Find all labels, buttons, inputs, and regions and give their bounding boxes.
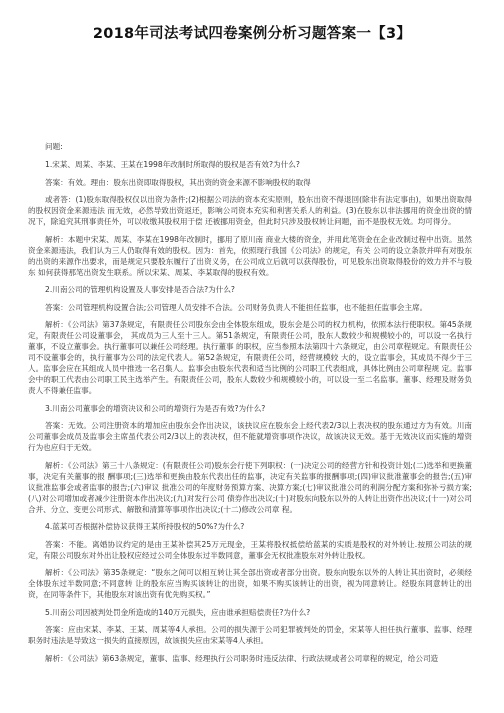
analysis-5: 解析：《公司法》第63条规定，董事、监事、经理执行公司职务时违反法律、行政法规或… xyxy=(28,653,472,664)
answer-4: 答案：不能。离婚协议约定的是由王某补偿其25万元现金，王某将股权抵偿给蓝某的实质… xyxy=(28,539,472,561)
answer-1-alternative: 或者答：(1)股东取得股权仅以出资为条件;(2)根据公司法的资本充实原则，股东出… xyxy=(28,194,472,227)
answer-1: 答案：有效。理由：股东出资即取得股权，其出资的资金来源不影响股权的取得 xyxy=(28,177,472,188)
analysis-2: 解析：《公司法》第37条规定，有限责任公司股东会由全体股东组成，股东会是公司的权… xyxy=(28,319,472,396)
questions-label: 问题: xyxy=(28,141,472,152)
question-3: 3.川南公司董事会的增资决议和公司的增资行为是否有效?为什么? xyxy=(28,403,472,414)
document-title: 2018年司法考试四卷案例分析习题答案一【3】 xyxy=(0,22,504,43)
analysis-3: 解析：《公司法》第三十八条规定：(有限责任公司)股东会行使下列职权：(一)决定公… xyxy=(28,460,472,515)
document-body: 问题: 1.宋某、周某、李某、王某在1998年改制时所取得的股权是否有效?为什么… xyxy=(28,141,472,670)
answer-3: 答案：无效。公司注册资本的增加应由股东会作出决议，该抉议应在股东会上经代表2/3… xyxy=(28,420,472,453)
question-4: 4.蓝某可否根据补偿协议获得王某所持股权的50%?为什么? xyxy=(28,521,472,532)
question-5: 5.川南公司因被判处罚金所造成的140万元损失，应由谁承担赔偿责任?为什么? xyxy=(28,607,472,618)
question-1: 1.宋某、周某、李某、王某在1998年改制时所取得的股权是否有效?为什么? xyxy=(28,159,472,170)
answer-5: 答案：应由宋某、李某、王某、周某等4人承担。公司的损失源于公司犯罪被判处的罚金，… xyxy=(28,624,472,646)
question-2: 2.川南公司的管理机构设置及人事安排是否合法?为什么? xyxy=(28,284,472,295)
analysis-4: 解析：《公司法》第35条规定：“股东之间可以相互转让其全部出资或者部分出资。股东… xyxy=(28,567,472,600)
answer-2: 答案：公司管理机构设置合法;公司管理人员安排不合法。公司财务负责人不能担任监事，… xyxy=(28,302,472,313)
analysis-1: 解析：本题中宋某、周某、李某在1998年改制时，挪用了原川南 商业大楼的资金，并… xyxy=(28,234,472,278)
